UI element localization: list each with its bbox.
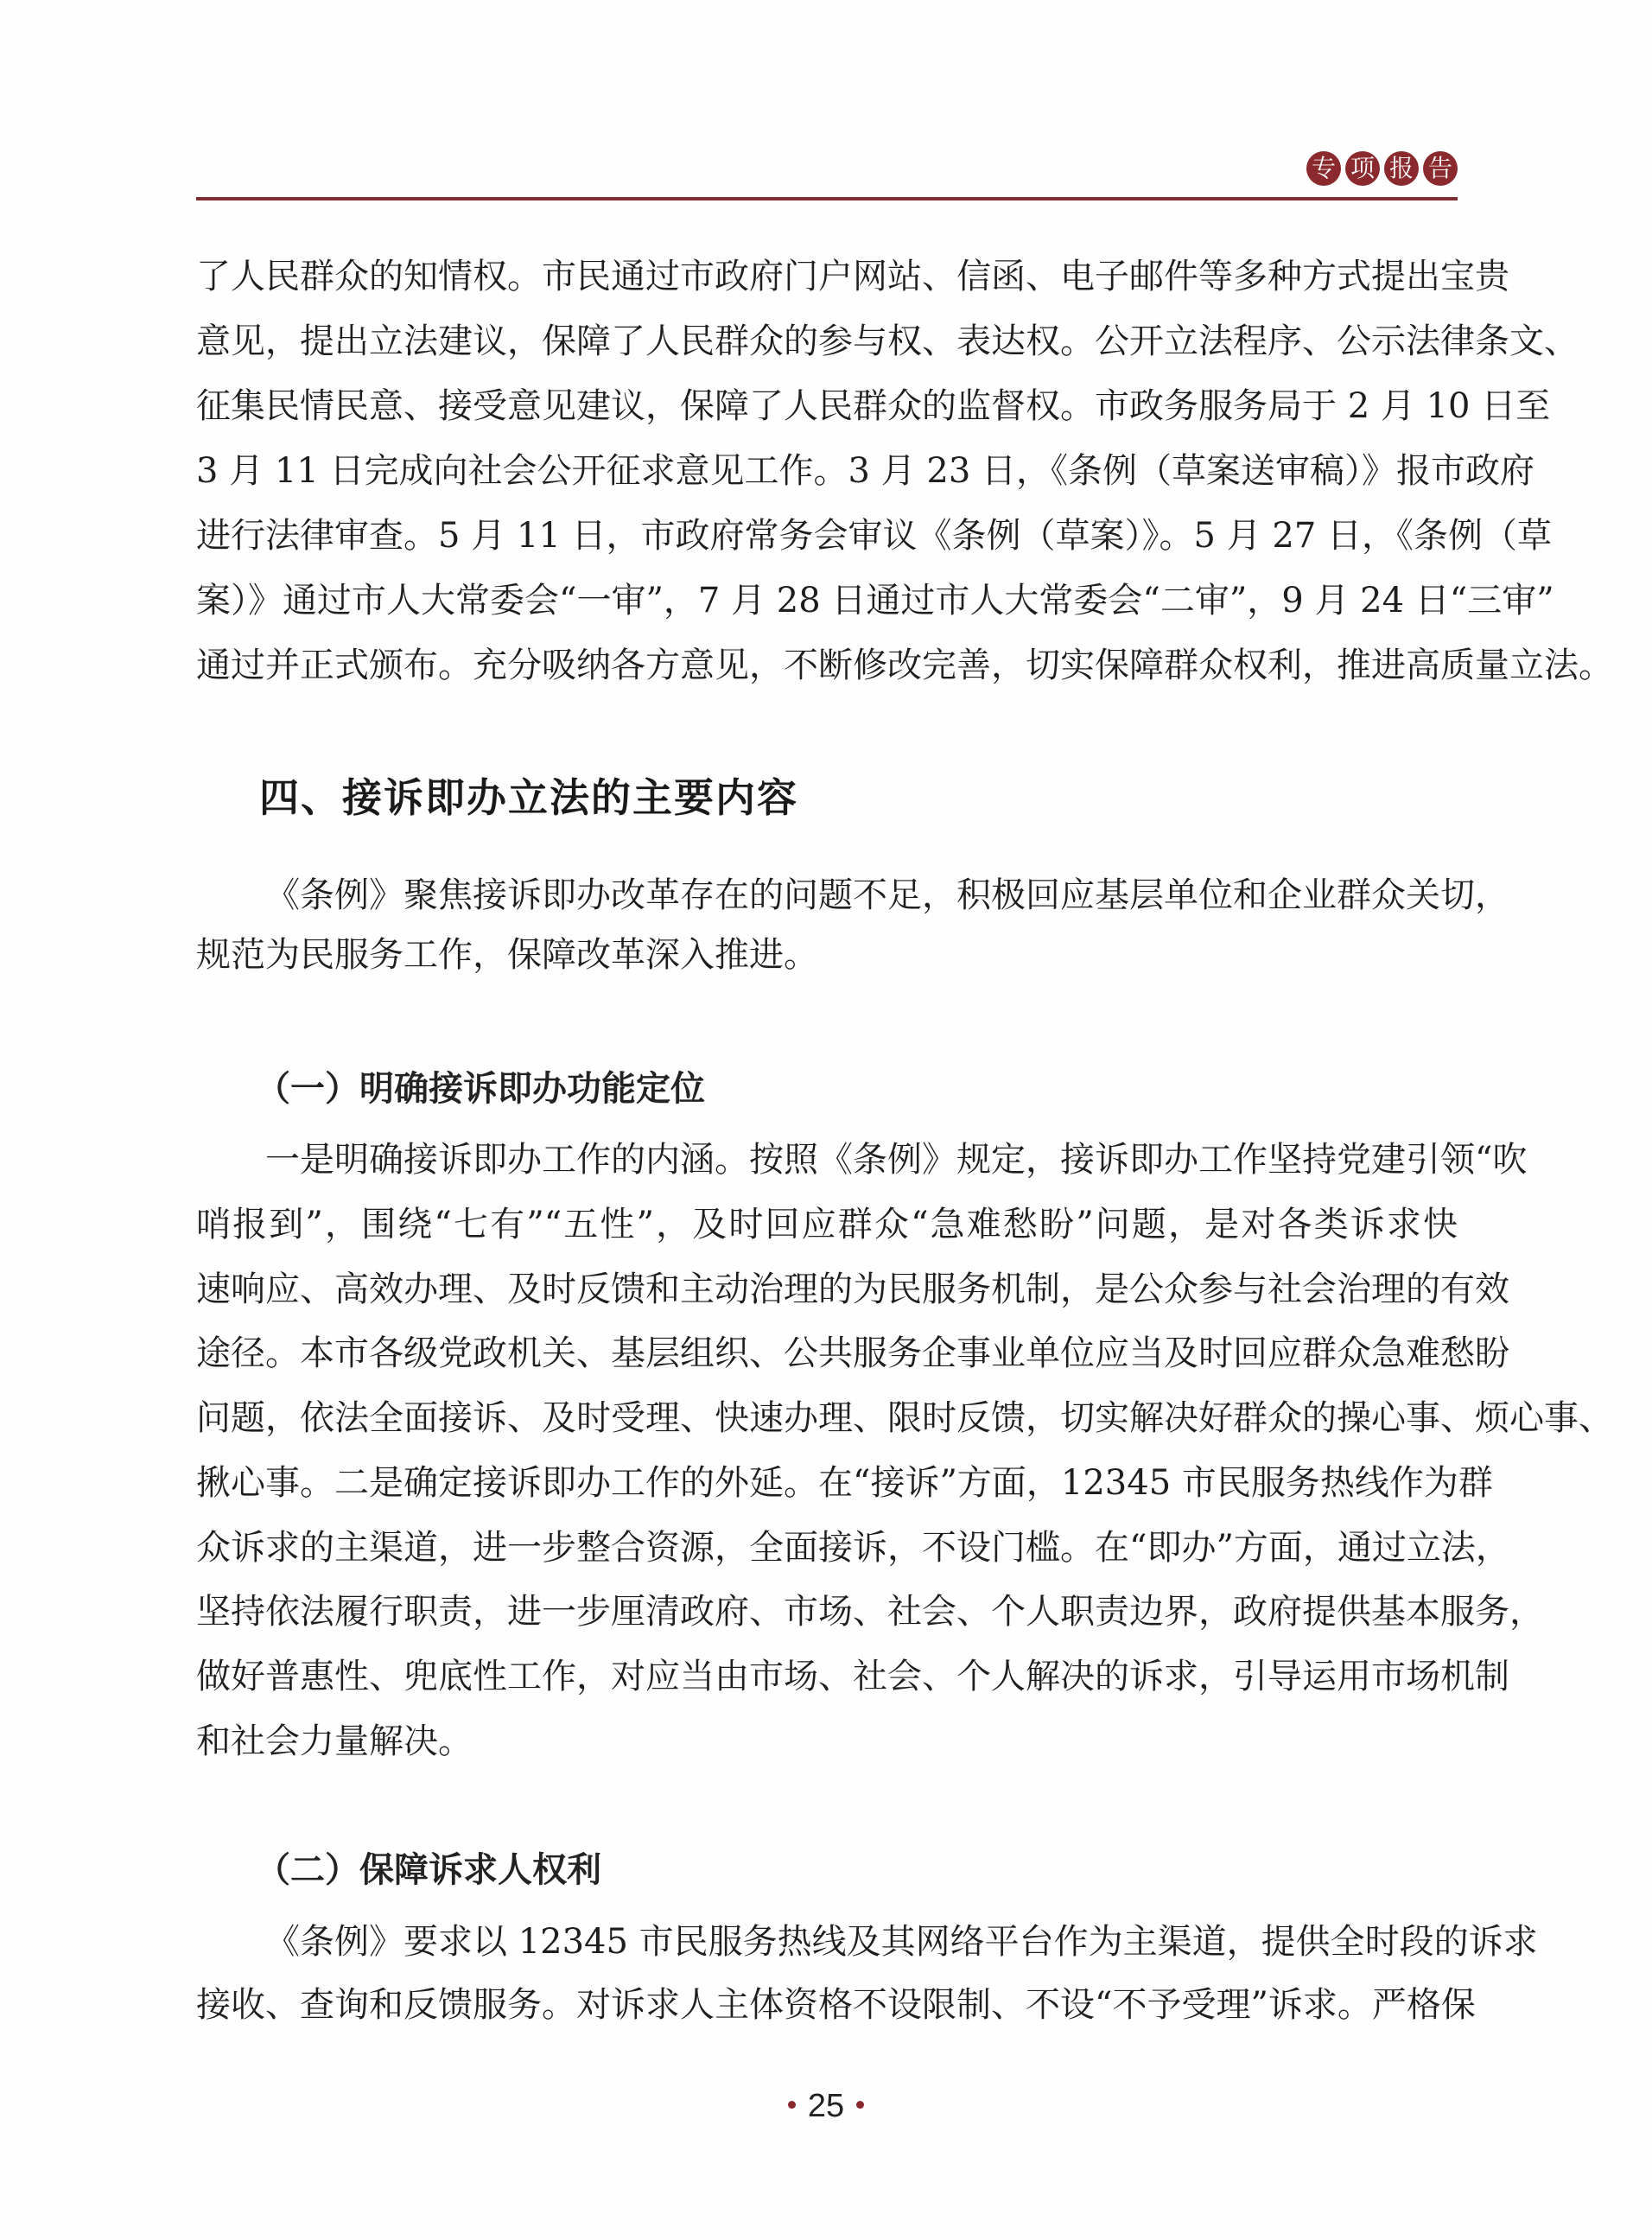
header-badge: 报 [1384, 151, 1419, 186]
body-text-line: 接收、查询和反馈服务。对诉求人主体资格不设限制、不设“不予受理”诉求。严格保 [196, 1973, 1458, 2037]
body-text-line: 意见，提出立法建议，保障了人民群众的参与权、表达权。公开立法程序、公示法律条文、 [196, 309, 1458, 373]
body-text-line: 《条例》要求以 12345 市民服务热线及其网络平台作为主渠道，提供全时段的诉求 [196, 1910, 1458, 1974]
body-text-line: 了人民群众的知情权。市民通过市政府门户网站、信函、电子邮件等多种方式提出宝贵 [196, 245, 1458, 309]
bullet-dot-icon [856, 2101, 864, 2109]
body-text-line: 做好普惠性、兜底性工作，对应当由市场、社会、个人解决的诉求，引导运用市场机制 [196, 1645, 1458, 1709]
document-page: 专 项 报 告 了人民群众的知情权。市民通过市政府门户网站、信函、电子邮件等多种… [0, 0, 1652, 2240]
body-text-line: 揪心事。二是确定接诉即办工作的外延。在“接诉”方面，12345 市民服务热线作为… [196, 1451, 1458, 1515]
page-number-text: 25 [808, 2088, 844, 2124]
page-number: 25 [0, 2087, 1652, 2125]
body-text-line: 规范为民服务工作，保障改革深入推进。 [196, 923, 1458, 987]
body-text-line: 哨报到”，围绕“七有”“五性”，及时回应群众“急难愁盼”问题，是对各类诉求快 [196, 1193, 1458, 1257]
body-text-line: 坚持依法履行职责，进一步厘清政府、市场、社会、个人职责边界，政府提供基本服务， [196, 1580, 1458, 1644]
bullet-dot-icon [788, 2101, 796, 2109]
section-label-badges: 专 项 报 告 [1306, 151, 1458, 186]
body-text-line: 速响应、高效办理、及时反馈和主动治理的为民服务机制，是公众参与社会治理的有效 [196, 1257, 1458, 1321]
body-text-line: 进行法律审查。5 月 11 日，市政府常务会审议《条例（草案）》。5 月 27 … [196, 504, 1458, 568]
body-text-line: 途径。本市各级党政机关、基层组织、公共服务企事业单位应当及时回应群众急难愁盼 [196, 1321, 1458, 1385]
subsection-heading: （一）明确接诉即办功能定位 [256, 1063, 705, 1115]
subsection-heading: （二）保障诉求人权利 [256, 1844, 601, 1896]
body-text-line: 征集民情民意、接受意见建议，保障了人民群众的监督权。市政务服务局于 2 月 10… [196, 374, 1458, 438]
header-badge: 专 [1306, 151, 1341, 186]
body-text-line: 众诉求的主渠道，进一步整合资源，全面接诉，不设门槛。在“即办”方面，通过立法， [196, 1516, 1458, 1580]
body-text-line: 一是明确接诉即办工作的内涵。按照《条例》规定，接诉即办工作坚持党建引领“吹 [196, 1128, 1458, 1192]
section-heading: 四、接诉即办立法的主要内容 [259, 767, 798, 828]
body-text-line: 通过并正式颁布。充分吸纳各方意见，不断修改完善，切实保障群众权利，推进高质量立法… [196, 633, 1458, 697]
header-badge: 项 [1345, 151, 1380, 186]
body-text-line: 3 月 11 日完成向社会公开征求意见工作。3 月 23 日，《条例（草案送审稿… [196, 439, 1458, 503]
body-text-line: 问题，依法全面接诉、及时受理、快速办理、限时反馈，切实解决好群众的操心事、烦心事… [196, 1386, 1458, 1450]
body-text-line: 《条例》聚焦接诉即办改革存在的问题不足，积极回应基层单位和企业群众关切， [196, 863, 1458, 927]
header-badge: 告 [1423, 151, 1458, 186]
body-text-line: 和社会力量解决。 [196, 1709, 1458, 1773]
body-text-line: 案）》通过市人大常委会“一审”，7 月 28 日通过市人大常委会“二审”，9 月… [196, 569, 1458, 633]
header-divider [196, 197, 1458, 200]
